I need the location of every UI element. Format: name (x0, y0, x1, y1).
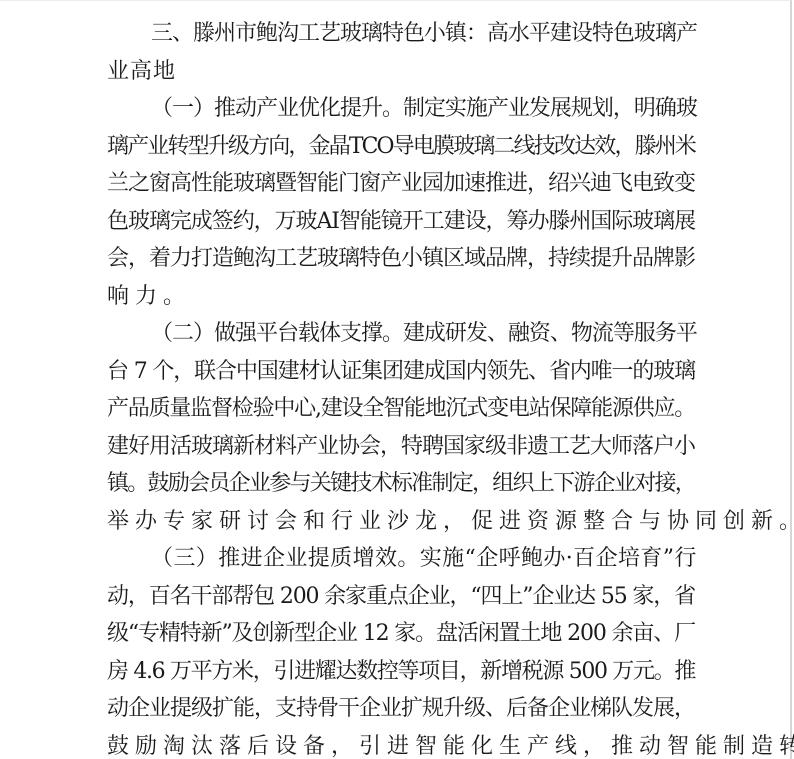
paragraph-3: （三）推进企业提质增效。实施“企呼鲍办·百企培育”行 动，百名干部帮包 200 … (107, 540, 695, 759)
paragraph-line: 动，百名干部帮包 200 余家重点企业，“四上”企业达 55 家，省 (107, 578, 695, 616)
paragraph-line: 响力。 (107, 278, 695, 316)
section-title-line-1: 三、滕州市鲍沟工艺玻璃特色小镇：高水平建设特色玻璃产 (107, 15, 695, 53)
paragraph-line: 色玻璃完成签约，万玻AI智能镜开工建设，筹办滕州国际玻璃展 (107, 203, 695, 241)
paragraph-line: 动企业提级扩能，支持骨干企业扩规升级、后备企业梯队发展， (107, 690, 695, 728)
paragraph-1: （一）推动产业优化提升。制定实施产业发展规划，明确玻 璃产业转型升级方向，金晶T… (107, 90, 695, 315)
paragraph-line: （二）做强平台载体支撑。建成研发、融资、物流等服务平 (107, 315, 695, 353)
paragraph-line: 台 7 个，联合中国建材认证集团建成国内领先、省内唯一的玻璃 (107, 353, 695, 391)
document-body: 三、滕州市鲍沟工艺玻璃特色小镇：高水平建设特色玻璃产 业高地 （一）推动产业优化… (107, 15, 695, 759)
paragraph-line: 会，着力打造鲍沟工艺玻璃特色小镇区域品牌，持续提升品牌影 (107, 240, 695, 278)
document-page: 三、滕州市鲍沟工艺玻璃特色小镇：高水平建设特色玻璃产 业高地 （一）推动产业优化… (0, 0, 792, 759)
section-title-line-2: 业高地 (107, 53, 695, 91)
paragraph-line: 兰之窗高性能玻璃暨智能门窗产业园加速推进，绍兴迪飞电致变 (107, 165, 695, 203)
paragraph-line: 房 4.6 万平方米，引进耀达数控等项目，新增税源 500 万元。推 (107, 653, 695, 691)
paragraph-line: 举办专家研讨会和行业沙龙，促进资源整合与协同创新。 (107, 503, 695, 541)
paragraph-2: （二）做强平台载体支撑。建成研发、融资、物流等服务平 台 7 个，联合中国建材认… (107, 315, 695, 540)
paragraph-line: 璃产业转型升级方向，金晶TCO导电膜玻璃二线技改达效，滕州米 (107, 128, 695, 166)
paragraph-line: 鼓励淘汰落后设备，引进智能化生产线，推动智能制造转型。 (107, 728, 695, 759)
paragraph-line: 镇。鼓励会员企业参与关键技术标准制定，组织上下游企业对接， (107, 465, 695, 503)
paragraph-line: （三）推进企业提质增效。实施“企呼鲍办·百企培育”行 (107, 540, 695, 578)
paragraph-line: 建好用活玻璃新材料产业协会，特聘国家级非遗工艺大师落户小 (107, 428, 695, 466)
section-title: 三、滕州市鲍沟工艺玻璃特色小镇：高水平建设特色玻璃产 业高地 (107, 15, 695, 90)
paragraph-line: 产品质量监督检验中心,建设全智能地沉式变电站保障能源供应。 (107, 390, 695, 428)
paragraph-line: （一）推动产业优化提升。制定实施产业发展规划，明确玻 (107, 90, 695, 128)
paragraph-line: 级“专精特新”及创新型企业 12 家。盘活闲置土地 200 余亩、厂 (107, 615, 695, 653)
